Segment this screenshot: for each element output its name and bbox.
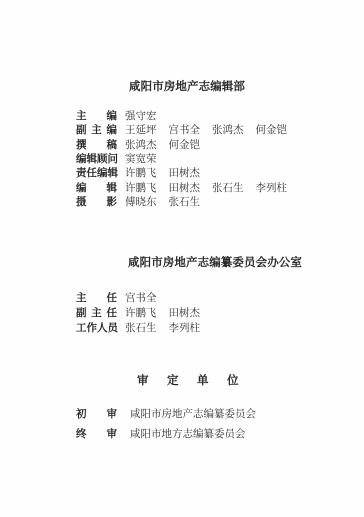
role-label: 撰稿: [76, 137, 117, 152]
role-label-char: 终: [76, 426, 87, 441]
credit-rows-review-units: 初审咸阳市房地产志编纂委员会终审咸阳市地方志编纂委员会: [76, 403, 256, 443]
role-label: 终审: [76, 426, 117, 441]
name-list: 许鹏飞田树杰: [125, 305, 200, 320]
section-title-review-units: 审定单位: [137, 375, 257, 387]
credit-row: 编辑顾问窦宽荣: [76, 151, 287, 165]
person-name: 张鸿杰: [125, 137, 157, 152]
section-title-editorial-department: 咸阳市房地产志编辑部: [129, 81, 245, 93]
role-label-char: 副: [76, 305, 87, 320]
name-list: 王延坪宫书全张鸿杰何金铠: [125, 122, 287, 137]
role-label-char: 编: [76, 180, 87, 195]
credit-row: 编辑许鹏飞田树杰张石生李列柱: [76, 180, 287, 194]
person-name: 许鹏飞: [125, 305, 157, 320]
role-label-char: 编: [107, 122, 118, 137]
role-label-char: 主: [91, 122, 102, 137]
name-list: 咸阳市房地产志编纂委员会: [130, 406, 256, 421]
role-label-char: 辑: [108, 165, 119, 180]
role-label: 工作人员: [76, 320, 117, 335]
person-name: 傅晓东: [125, 194, 157, 209]
role-label-char: 作: [87, 320, 98, 335]
person-name: 王延坪: [125, 122, 157, 137]
person-name: 田树杰: [169, 165, 201, 180]
person-name: 张石生: [212, 180, 244, 195]
person-name: 许鹏飞: [125, 165, 157, 180]
section-title-committee-office: 咸阳市房地产志编纂委员会办公室: [128, 257, 302, 269]
role-label-char: 编: [76, 151, 87, 166]
name-list: 强守宏: [125, 108, 157, 123]
credit-row: 责任编辑许鹏飞田树杰: [76, 166, 287, 180]
scanned-credits-page: 咸阳市房地产志编辑部 主编强守宏副主编王延坪宫书全张鸿杰何金铠撰稿张鸿杰何金铠编…: [0, 0, 364, 517]
role-label-char: 编: [97, 165, 108, 180]
role-label: 编辑顾问: [76, 151, 117, 166]
role-label: 初审: [76, 406, 117, 421]
role-label-char: 影: [107, 194, 118, 209]
credit-row: 初审咸阳市房地产志编纂委员会: [76, 403, 256, 423]
person-name: 张鸿杰: [212, 122, 244, 137]
person-name: 窦宽荣: [125, 151, 157, 166]
role-label-char: 主: [91, 305, 102, 320]
role-label-char: 稿: [107, 137, 118, 152]
person-name: 何金铠: [169, 137, 201, 152]
person-name: 宫书全: [125, 290, 157, 305]
role-label: 副主任: [76, 305, 117, 320]
credit-rows-committee-office: 主任宫书全副主任许鹏飞田树杰工作人员张石生李列柱: [76, 290, 200, 335]
person-name: 何金铠: [256, 122, 288, 137]
role-label-char: 工: [76, 320, 87, 335]
role-label-char: 编: [107, 108, 118, 123]
name-list: 宫书全: [125, 290, 157, 305]
name-list: 许鹏飞田树杰张石生李列柱: [125, 180, 287, 195]
role-label-char: 人: [97, 320, 108, 335]
person-name: 田树杰: [169, 180, 201, 195]
person-name: 许鹏飞: [125, 180, 157, 195]
name-list: 傅晓东张石生: [125, 194, 200, 209]
credit-row: 主任宫书全: [76, 290, 200, 305]
role-label-char: 辑: [87, 151, 98, 166]
person-name: 张石生: [125, 320, 157, 335]
role-label: 责任编辑: [76, 165, 117, 180]
role-label-char: 责: [76, 165, 87, 180]
person-name: 宫书全: [169, 122, 201, 137]
role-label-char: 主: [76, 108, 87, 123]
credit-row: 副主编王延坪宫书全张鸿杰何金铠: [76, 122, 287, 136]
credit-row: 摄影傅晓东张石生: [76, 195, 287, 209]
name-list: 张鸿杰何金铠: [125, 137, 200, 152]
credit-row: 撰稿张鸿杰何金铠: [76, 137, 287, 151]
role-label-char: 副: [76, 122, 87, 137]
role-label-char: 初: [76, 406, 87, 421]
role-label-char: 员: [108, 320, 119, 335]
person-name: 咸阳市地方志编纂委员会: [130, 426, 246, 441]
name-list: 张石生李列柱: [125, 320, 200, 335]
name-list: 咸阳市地方志编纂委员会: [130, 426, 246, 441]
person-name: 张石生: [169, 194, 201, 209]
role-label-char: 撰: [76, 137, 87, 152]
role-label-char: 主: [76, 290, 87, 305]
role-label-char: 审: [107, 426, 118, 441]
role-label-char: 审: [107, 406, 118, 421]
name-list: 许鹏飞田树杰: [125, 165, 200, 180]
credit-row: 工作人员张石生李列柱: [76, 320, 200, 335]
role-label-char: 任: [87, 165, 98, 180]
name-list: 窦宽荣: [125, 151, 157, 166]
role-label: 副主编: [76, 122, 117, 137]
role-label: 编辑: [76, 180, 117, 195]
role-label: 摄影: [76, 194, 117, 209]
person-name: 强守宏: [125, 108, 157, 123]
person-name: 田树杰: [169, 305, 201, 320]
credit-row: 主编强守宏: [76, 108, 287, 122]
role-label-char: 问: [108, 151, 119, 166]
person-name: 李列柱: [256, 180, 288, 195]
credit-row: 终审咸阳市地方志编纂委员会: [76, 423, 256, 443]
role-label-char: 辑: [107, 180, 118, 195]
role-label-char: 顾: [97, 151, 108, 166]
person-name: 李列柱: [169, 320, 201, 335]
person-name: 咸阳市房地产志编纂委员会: [130, 406, 256, 421]
role-label-char: 任: [107, 305, 118, 320]
role-label-char: 摄: [76, 194, 87, 209]
role-label: 主编: [76, 108, 117, 123]
credit-rows-editorial-department: 主编强守宏副主编王延坪宫书全张鸿杰何金铠撰稿张鸿杰何金铠编辑顾问窦宽荣责任编辑许…: [76, 108, 287, 209]
role-label: 主任: [76, 290, 117, 305]
credit-row: 副主任许鹏飞田树杰: [76, 305, 200, 320]
role-label-char: 任: [107, 290, 118, 305]
